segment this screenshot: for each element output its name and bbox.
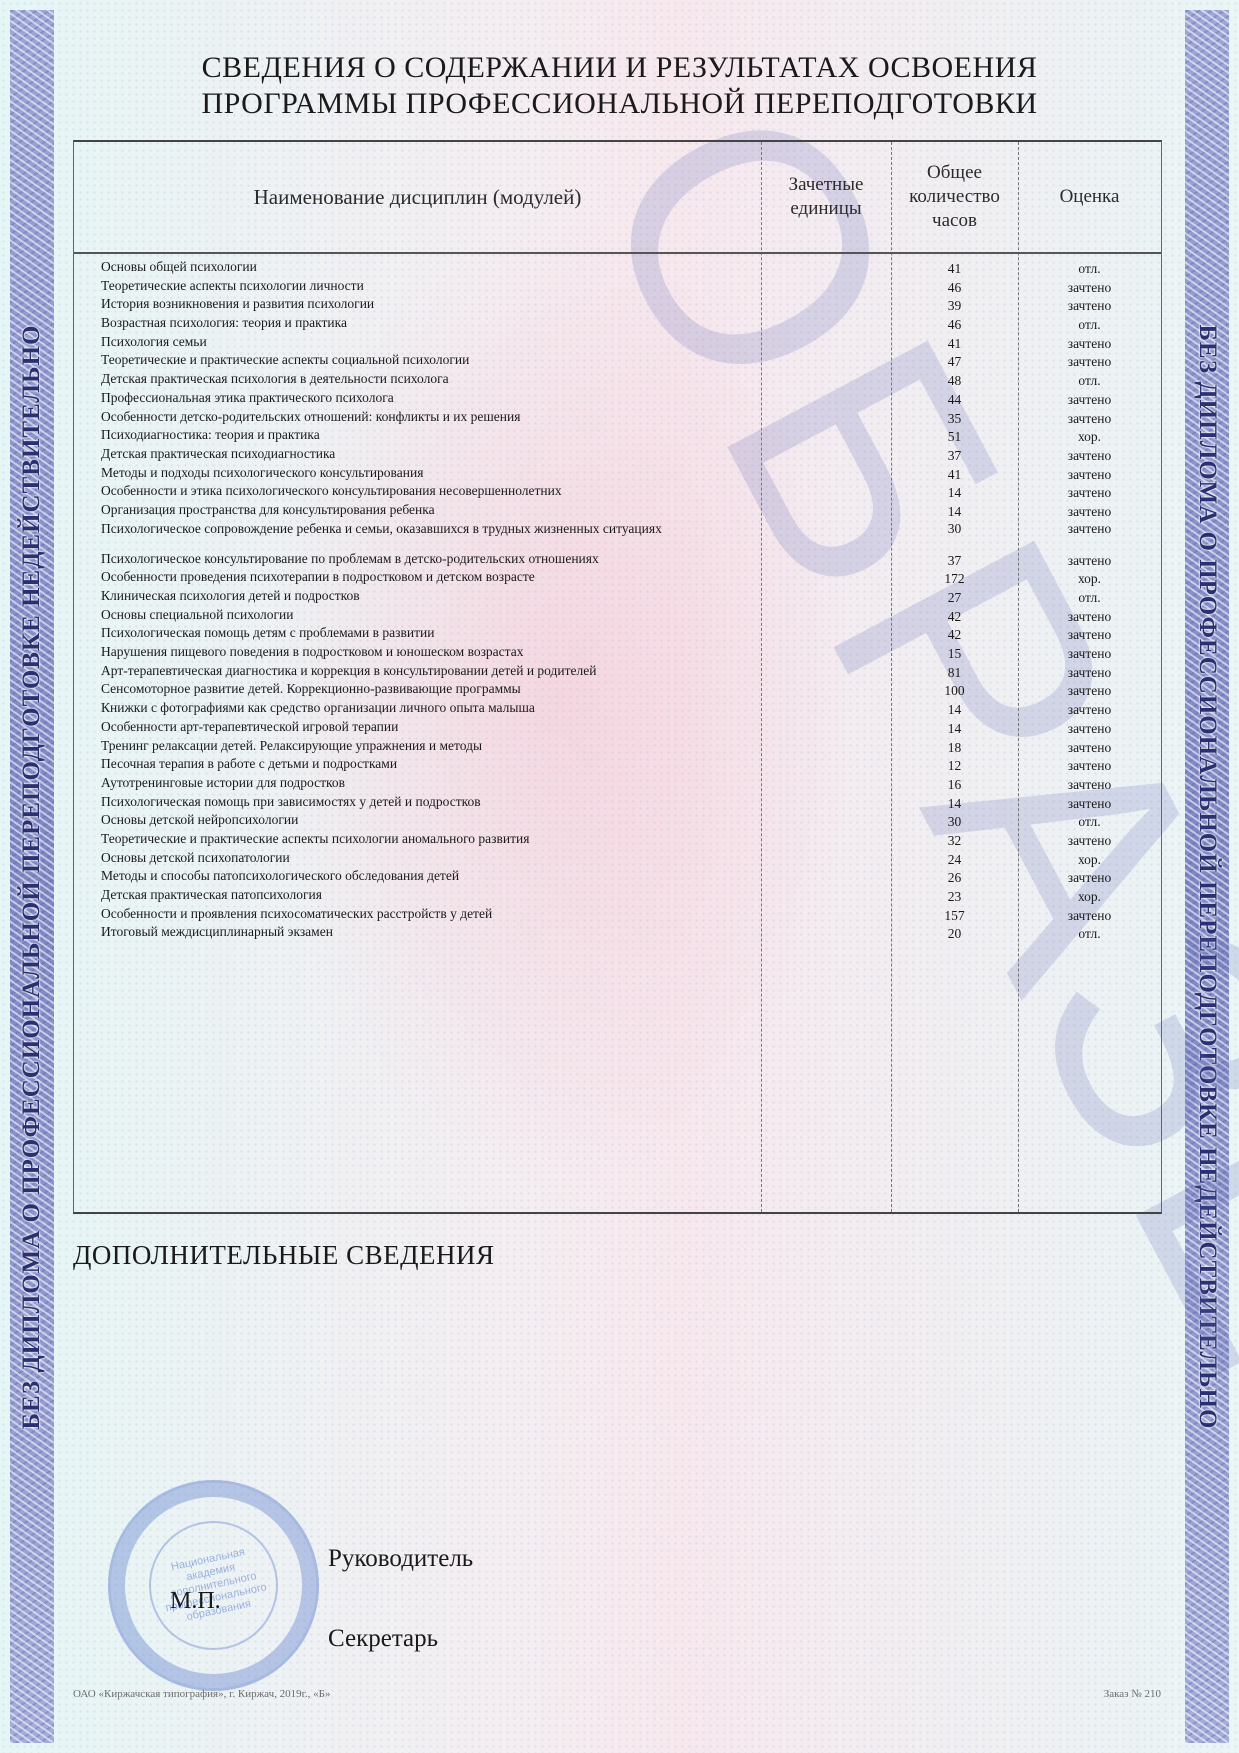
total-hours-cell: 37	[891, 447, 1018, 466]
total-hours-cell: 51	[891, 428, 1018, 447]
credit-units-cell	[761, 428, 891, 447]
grade-cell: зачтено	[1018, 626, 1161, 645]
total-hours-cell: 23	[891, 888, 1018, 907]
table-row: Психологическая помощь детям с проблемам…	[74, 626, 1161, 645]
discipline-name-cell: Психологическая помощь при зависимостях …	[74, 795, 761, 814]
grade-cell: зачтено	[1018, 503, 1161, 522]
total-hours-cell: 172	[891, 570, 1018, 589]
discipline-name-cell: Детская практическая патопсихология	[74, 888, 761, 907]
total-hours-cell: 30	[891, 813, 1018, 832]
grade-cell: отл.	[1018, 260, 1161, 279]
total-hours-cell: 39	[891, 297, 1018, 316]
discipline-name-cell: Детская практическая психодиагностика	[74, 447, 761, 466]
discipline-name-cell: Особенности и проявления психосоматическ…	[74, 907, 761, 926]
credit-units-cell	[761, 552, 891, 571]
table-row: Основы детской психопатологии24хор.	[74, 851, 1161, 870]
credit-units-cell	[761, 776, 891, 795]
discipline-name-cell: Методы и подходы психологического консул…	[74, 466, 761, 485]
grade-cell: зачтено	[1018, 391, 1161, 410]
total-hours-cell: 48	[891, 372, 1018, 391]
total-hours-cell: 41	[891, 335, 1018, 354]
order-number: Заказ № 210	[1104, 1688, 1161, 1700]
discipline-name-cell: Основы специальной психологии	[74, 608, 761, 627]
discipline-name-cell: Сенсомоторное развитие детей. Коррекцион…	[74, 682, 761, 701]
total-hours-cell: 35	[891, 410, 1018, 429]
table-row: Итоговый междисциплинарный экзамен20отл.	[74, 925, 1161, 944]
total-hours-cell: 30	[891, 522, 1018, 552]
discipline-name-cell: Основы детской психопатологии	[74, 851, 761, 870]
grade-cell: зачтено	[1018, 466, 1161, 485]
discipline-name-cell: Детская практическая психология в деятел…	[74, 372, 761, 391]
table-body: Основы общей психологии41отл.Теоретическ…	[74, 260, 1161, 944]
total-hours-cell: 12	[891, 757, 1018, 776]
discipline-name-cell: Теоретические и практические аспекты соц…	[74, 353, 761, 372]
table-row: Детская практическая патопсихология23хор…	[74, 888, 1161, 907]
table-row: Психологическое сопровождение ребенка и …	[74, 522, 1161, 552]
disciplines-table: Наименование дисциплин (модулей) Зачетны…	[73, 140, 1162, 1214]
credit-units-cell	[761, 925, 891, 944]
table-row: Особенности и этика психологического кон…	[74, 484, 1161, 503]
official-seal: Национальная академия дополнительного пр…	[108, 1480, 319, 1691]
discipline-name-cell: Организация пространства для консультиро…	[74, 503, 761, 522]
grade-cell: хор.	[1018, 851, 1161, 870]
total-hours-cell: 16	[891, 776, 1018, 795]
table-row: Детская практическая психология в деятел…	[74, 372, 1161, 391]
discipline-name-cell: Арт-терапевтическая диагностика и коррек…	[74, 664, 761, 683]
table-row: Сенсомоторное развитие детей. Коррекцион…	[74, 682, 1161, 701]
credit-units-cell	[761, 522, 891, 552]
grade-cell: зачтено	[1018, 664, 1161, 683]
grade-cell: зачтено	[1018, 279, 1161, 298]
credit-units-cell	[761, 645, 891, 664]
discipline-name-cell: Психологическое консультирование по проб…	[74, 552, 761, 571]
discipline-name-cell: Особенности детско-родительских отношени…	[74, 410, 761, 429]
total-hours-cell: 14	[891, 701, 1018, 720]
grade-cell: отл.	[1018, 589, 1161, 608]
grade-cell: зачтено	[1018, 410, 1161, 429]
discipline-name-cell: Песочная терапия в работе с детьми и под…	[74, 757, 761, 776]
credit-units-cell	[761, 503, 891, 522]
grade-cell: зачтено	[1018, 682, 1161, 701]
discipline-name-cell: Итоговый междисциплинарный экзамен	[74, 925, 761, 944]
discipline-name-cell: Особенности проведения психотерапии в по…	[74, 570, 761, 589]
discipline-name-cell: Психологическая помощь детям с проблемам…	[74, 626, 761, 645]
discipline-name-cell: Основы общей психологии	[74, 260, 761, 279]
discipline-name-cell: Теоретические и практические аспекты пси…	[74, 832, 761, 851]
table-row: История возникновения и развития психоло…	[74, 297, 1161, 316]
table-row: Психодиагностика: теория и практика51хор…	[74, 428, 1161, 447]
total-hours-cell: 26	[891, 869, 1018, 888]
credit-units-cell	[761, 260, 891, 279]
grade-cell: зачтено	[1018, 720, 1161, 739]
grade-cell: хор.	[1018, 428, 1161, 447]
table-row: Теоретические и практические аспекты соц…	[74, 353, 1161, 372]
grade-cell: зачтено	[1018, 608, 1161, 627]
credit-units-cell	[761, 795, 891, 814]
right-border-text: БЕЗ ДИПЛОМА О ПРОФЕССИОНАЛЬНОЙ ПЕРЕПОДГО…	[1193, 324, 1221, 1429]
total-hours-cell: 81	[891, 664, 1018, 683]
header-credit-units: Зачетные единицы	[761, 142, 891, 252]
discipline-name-cell: Основы детской нейропсихологии	[74, 813, 761, 832]
table-row: Основы детской нейропсихологии30отл.	[74, 813, 1161, 832]
total-hours-cell: 41	[891, 260, 1018, 279]
grade-cell: зачтено	[1018, 484, 1161, 503]
additional-info-title: ДОПОЛНИТЕЛЬНЫЕ СВЕДЕНИЯ	[73, 1240, 495, 1271]
header-discipline-name: Наименование дисциплин (модулей)	[74, 142, 761, 252]
discipline-name-cell: Нарушения пищевого поведения в подростко…	[74, 645, 761, 664]
grade-cell: зачтено	[1018, 335, 1161, 354]
table-row: Методы и способы патопсихологического об…	[74, 869, 1161, 888]
grade-cell: отл.	[1018, 925, 1161, 944]
grade-cell: зачтено	[1018, 907, 1161, 926]
credit-units-cell	[761, 832, 891, 851]
grade-cell: зачтено	[1018, 353, 1161, 372]
total-hours-cell: 42	[891, 608, 1018, 627]
grade-cell: хор.	[1018, 570, 1161, 589]
total-hours-cell: 37	[891, 552, 1018, 571]
total-hours-cell: 14	[891, 484, 1018, 503]
total-hours-cell: 42	[891, 626, 1018, 645]
table-row: Арт-терапевтическая диагностика и коррек…	[74, 664, 1161, 683]
credit-units-cell	[761, 682, 891, 701]
grade-cell: зачтено	[1018, 297, 1161, 316]
table-row: Детская практическая психодиагностика37з…	[74, 447, 1161, 466]
head-signature-label: Руководитель	[328, 1545, 473, 1573]
total-hours-cell: 46	[891, 279, 1018, 298]
credit-units-cell	[761, 353, 891, 372]
discipline-name-cell: Теоретические аспекты психологии личност…	[74, 279, 761, 298]
grade-cell: зачтено	[1018, 757, 1161, 776]
total-hours-cell: 41	[891, 466, 1018, 485]
printer-imprint: ОАО «Киржачская типография», г. Киржач, …	[73, 1688, 331, 1700]
table-row: Методы и подходы психологического консул…	[74, 466, 1161, 485]
total-hours-cell: 14	[891, 503, 1018, 522]
table-row: Профессиональная этика практического пси…	[74, 391, 1161, 410]
total-hours-cell: 46	[891, 316, 1018, 335]
grade-cell: хор.	[1018, 888, 1161, 907]
total-hours-cell: 15	[891, 645, 1018, 664]
credit-units-cell	[761, 664, 891, 683]
total-hours-cell: 24	[891, 851, 1018, 870]
table-row: Теоретические и практические аспекты пси…	[74, 832, 1161, 851]
table-row: Тренинг релаксации детей. Релаксирующие …	[74, 739, 1161, 758]
credit-units-cell	[761, 608, 891, 627]
secretary-signature-label: Секретарь	[328, 1625, 438, 1653]
total-hours-cell: 44	[891, 391, 1018, 410]
grade-cell: зачтено	[1018, 795, 1161, 814]
total-hours-cell: 27	[891, 589, 1018, 608]
seal-text: Национальная академия дополнительного пр…	[137, 1509, 290, 1662]
grade-cell: зачтено	[1018, 447, 1161, 466]
table-row: Психологическая помощь при зависимостях …	[74, 795, 1161, 814]
table-row: Психологическое консультирование по проб…	[74, 552, 1161, 571]
credit-units-cell	[761, 739, 891, 758]
table-row: Песочная терапия в работе с детьми и под…	[74, 757, 1161, 776]
left-security-border: БЕЗ ДИПЛОМА О ПРОФЕССИОНАЛЬНОЙ ПЕРЕПОДГО…	[10, 10, 54, 1743]
header-total-hours: Общее количество часов	[891, 142, 1018, 252]
credit-units-cell	[761, 466, 891, 485]
table-row: Аутотренинговые истории для подростков16…	[74, 776, 1161, 795]
credit-units-cell	[761, 626, 891, 645]
discipline-name-cell: Аутотренинговые истории для подростков	[74, 776, 761, 795]
credit-units-cell	[761, 335, 891, 354]
total-hours-cell: 47	[891, 353, 1018, 372]
discipline-name-cell: Особенности и этика психологического кон…	[74, 484, 761, 503]
table-row: Клиническая психология детей и подростко…	[74, 589, 1161, 608]
total-hours-cell: 157	[891, 907, 1018, 926]
credit-units-cell	[761, 316, 891, 335]
credit-units-cell	[761, 589, 891, 608]
credit-units-cell	[761, 447, 891, 466]
credit-units-cell	[761, 869, 891, 888]
credit-units-cell	[761, 279, 891, 298]
table-row: Нарушения пищевого поведения в подростко…	[74, 645, 1161, 664]
table-row: Психология семьи41зачтено	[74, 335, 1161, 354]
discipline-name-cell: Психодиагностика: теория и практика	[74, 428, 761, 447]
total-hours-cell: 14	[891, 720, 1018, 739]
grade-cell: зачтено	[1018, 701, 1161, 720]
discipline-name-cell: Психология семьи	[74, 335, 761, 354]
grade-cell: зачтено	[1018, 645, 1161, 664]
credit-units-cell	[761, 813, 891, 832]
table-row: Основы общей психологии41отл.	[74, 260, 1161, 279]
grade-cell: зачтено	[1018, 869, 1161, 888]
discipline-name-cell: Методы и способы патопсихологического об…	[74, 869, 761, 888]
total-hours-cell: 32	[891, 832, 1018, 851]
table-row: Организация пространства для консультиро…	[74, 503, 1161, 522]
table-row: Особенности арт-терапевтической игровой …	[74, 720, 1161, 739]
grade-cell: зачтено	[1018, 522, 1161, 552]
table-row: Книжки с фотографиями как средство орган…	[74, 701, 1161, 720]
discipline-name-cell: Тренинг релаксации детей. Релаксирующие …	[74, 739, 761, 758]
discipline-name-cell: Особенности арт-терапевтической игровой …	[74, 720, 761, 739]
credit-units-cell	[761, 720, 891, 739]
credit-units-cell	[761, 391, 891, 410]
seal-place-label: М.П.	[170, 1588, 221, 1615]
total-hours-cell: 100	[891, 682, 1018, 701]
grade-cell: отл.	[1018, 316, 1161, 335]
discipline-name-cell: Книжки с фотографиями как средство орган…	[74, 701, 761, 720]
table-row: Особенности детско-родительских отношени…	[74, 410, 1161, 429]
credit-units-cell	[761, 570, 891, 589]
title-line-1: СВЕДЕНИЯ О СОДЕРЖАНИИ И РЕЗУЛЬТАТАХ ОСВО…	[0, 50, 1239, 86]
right-security-border: БЕЗ ДИПЛОМА О ПРОФЕССИОНАЛЬНОЙ ПЕРЕПОДГО…	[1185, 10, 1229, 1743]
credit-units-cell	[761, 484, 891, 503]
left-border-text: БЕЗ ДИПЛОМА О ПРОФЕССИОНАЛЬНОЙ ПЕРЕПОДГО…	[18, 324, 46, 1429]
credit-units-cell	[761, 410, 891, 429]
grade-cell: зачтено	[1018, 552, 1161, 571]
title-line-2: ПРОГРАММЫ ПРОФЕССИОНАЛЬНОЙ ПЕРЕПОДГОТОВК…	[0, 86, 1239, 122]
grade-cell: отл.	[1018, 372, 1161, 391]
table-row: Теоретические аспекты психологии личност…	[74, 279, 1161, 298]
credit-units-cell	[761, 888, 891, 907]
credit-units-cell	[761, 701, 891, 720]
total-hours-cell: 18	[891, 739, 1018, 758]
header-separator	[74, 252, 1161, 254]
table-row: Основы специальной психологии42зачтено	[74, 608, 1161, 627]
table-row: Возрастная психология: теория и практика…	[74, 316, 1161, 335]
discipline-name-cell: Клиническая психология детей и подростко…	[74, 589, 761, 608]
discipline-name-cell: Психологическое сопровождение ребенка и …	[74, 522, 761, 552]
discipline-name-cell: Профессиональная этика практического пси…	[74, 391, 761, 410]
total-hours-cell: 20	[891, 925, 1018, 944]
credit-units-cell	[761, 372, 891, 391]
total-hours-cell: 14	[891, 795, 1018, 814]
discipline-name-cell: Возрастная психология: теория и практика	[74, 316, 761, 335]
grade-cell: зачтено	[1018, 739, 1161, 758]
credit-units-cell	[761, 907, 891, 926]
grade-cell: зачтено	[1018, 776, 1161, 795]
page-title: СВЕДЕНИЯ О СОДЕРЖАНИИ И РЕЗУЛЬТАТАХ ОСВО…	[0, 50, 1239, 122]
table-row: Особенности проведения психотерапии в по…	[74, 570, 1161, 589]
credit-units-cell	[761, 757, 891, 776]
grade-cell: отл.	[1018, 813, 1161, 832]
discipline-name-cell: История возникновения и развития психоло…	[74, 297, 761, 316]
grade-cell: зачтено	[1018, 832, 1161, 851]
credit-units-cell	[761, 297, 891, 316]
header-grade: Оценка	[1018, 142, 1161, 252]
table-row: Особенности и проявления психосоматическ…	[74, 907, 1161, 926]
credit-units-cell	[761, 851, 891, 870]
